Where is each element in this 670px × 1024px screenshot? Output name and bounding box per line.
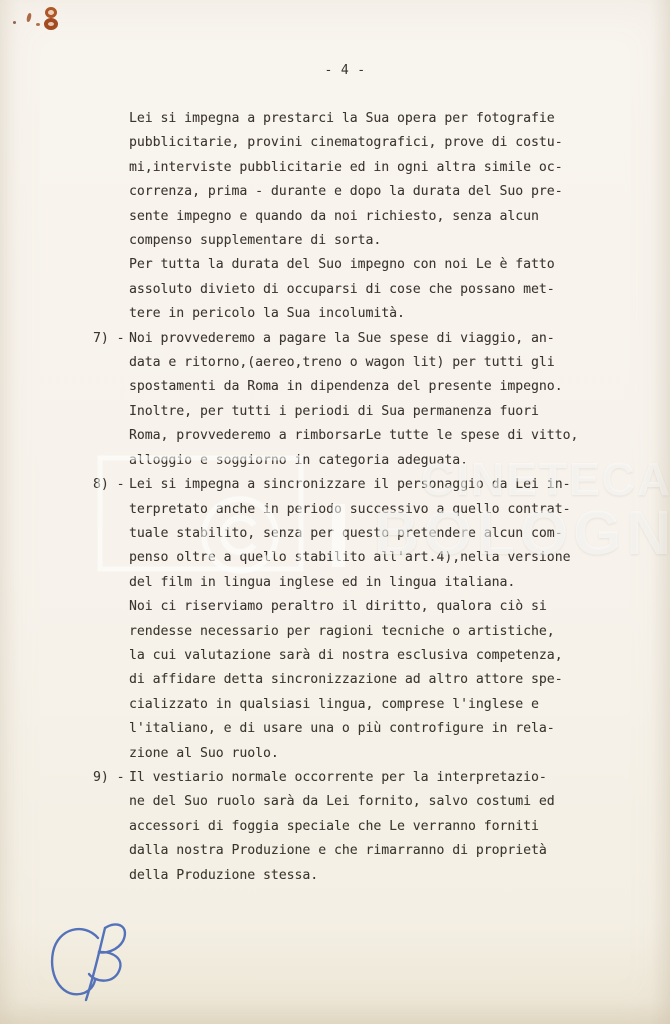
text-line: Roma, provvederemo a rimborsarLe tutte l… — [129, 424, 599, 448]
text-line: del film in lingua inglese ed in lingua … — [129, 571, 599, 595]
text-line: terpretato anche in periodo successivo a… — [129, 498, 599, 522]
text-line: di affidare detta sincronizzazione ad al… — [129, 668, 599, 692]
stain-dot — [36, 23, 40, 26]
text-line: compenso supplementare di sorta. — [129, 229, 599, 253]
typewritten-text: Lei si impegna a prestarci la Sua opera … — [129, 107, 599, 888]
handwritten-initials — [38, 918, 134, 1016]
numbered-clause: 9) -Il vestiario normale occorrente per … — [129, 766, 599, 888]
item-marker: 8) - — [93, 473, 125, 497]
text-line: ne del Suo ruolo sarà da Lei fornito, sa… — [129, 790, 599, 814]
text-line: assoluto divieto di occuparsi di cose ch… — [129, 278, 599, 302]
text-line: Inoltre, per tutti i periodi di Sua perm… — [129, 400, 599, 424]
text-line: tuale stabilito, senza per questo preten… — [129, 522, 599, 546]
text-line: zione al Suo ruolo. — [129, 742, 599, 766]
text-line: data e ritorno,(aereo,treno o wagon lit)… — [129, 351, 599, 375]
text-line: l'italiano, e di usare una o più controf… — [129, 717, 599, 741]
text-line: Per tutta la durata del Suo impegno con … — [129, 253, 599, 277]
numbered-clause: 7) -Noi provvederemo a pagare la Sue spe… — [129, 327, 599, 473]
text-line: cializzato in qualsiasi lingua, comprese… — [129, 693, 599, 717]
body-paragraph: Lei si impegna a prestarci la Sua opera … — [129, 107, 599, 253]
text-line: dalla nostra Produzione e che rimarranno… — [129, 839, 599, 863]
text-line: Lei si impegna a prestarci la Sua opera … — [129, 107, 599, 131]
text-line: Noi ci riserviamo peraltro il diritto, q… — [129, 595, 599, 619]
text-line: sente impegno e quando da noi richiesto,… — [129, 205, 599, 229]
item-marker: 7) - — [93, 327, 125, 351]
text-line: della Produzione stessa. — [129, 864, 599, 888]
text-line: pubblicitarie, provini cinematografici, … — [129, 131, 599, 155]
page-number: - 4 - — [115, 63, 575, 78]
text-line: Il vestiario normale occorrente per la i… — [129, 766, 599, 790]
text-line: Noi provvederemo a pagare la Sue spese d… — [129, 327, 599, 351]
text-line: la cui valutazione sarà di nostra esclus… — [129, 644, 599, 668]
text-line: spostamenti da Roma in dipendenza del pr… — [129, 375, 599, 399]
text-line: Lei si impegna a sincronizzare il person… — [129, 473, 599, 497]
text-line: mi,interviste pubblicitarie ed in ogni a… — [129, 156, 599, 180]
item-marker: 9) - — [93, 766, 125, 790]
body-paragraph: Per tutta la durata del Suo impegno con … — [129, 253, 599, 326]
text-line: penso oltre a quello stabilito all'art.4… — [129, 546, 599, 570]
text-line: tere in pericolo la Sua incolumità. — [129, 302, 599, 326]
stain-dot — [13, 21, 16, 24]
stain-ring — [44, 18, 58, 30]
text-line: rendesse necessario per ragioni tecniche… — [129, 620, 599, 644]
stain-fleck — [26, 13, 32, 23]
text-line: correnza, prima - durante e dopo la dura… — [129, 180, 599, 204]
text-line: accessori di foggia speciale che Le verr… — [129, 815, 599, 839]
numbered-clause: 8) -Lei si impegna a sincronizzare il pe… — [129, 473, 599, 766]
text-line: alloggio e soggiorno in categoria adegua… — [129, 449, 599, 473]
scanned-page: - 4 - Lei si impegna a prestarci la Sua … — [0, 0, 670, 1024]
stain-ring — [45, 7, 57, 18]
